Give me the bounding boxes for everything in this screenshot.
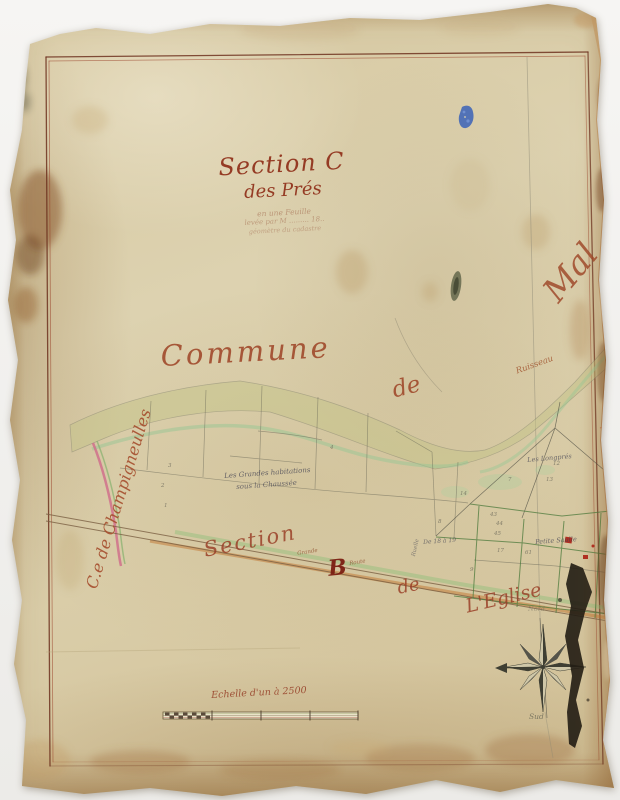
map-sheet-wrap: Section C des Prés en une Feuille levée … (0, 0, 620, 800)
label-scale: Echelle d'un à 2500 (211, 686, 307, 700)
parcel-number: 4 (330, 446, 334, 452)
parcel-number: 9 (470, 568, 474, 574)
map-sheet: Section C des Prés en une Feuille levée … (0, 0, 620, 800)
label-section-letter-b: B (327, 556, 348, 580)
parcel-number: 3 (168, 464, 172, 470)
parcel-number: 61 (525, 551, 532, 557)
parcel-number: 12 (553, 462, 560, 468)
parcel-number: 2 (161, 484, 165, 490)
parcel-number: 8 (438, 520, 442, 526)
parcel-number: 1 (164, 504, 168, 510)
label-ruisseau: Ruisseau (515, 355, 554, 376)
label-de-1: de (390, 373, 423, 402)
parcel-number: 17 (497, 549, 504, 555)
parcel-number: 43 (490, 513, 497, 519)
label-petite-saulle: Petite Saulle (535, 536, 577, 545)
map-labels-layer: CommunedeMalC.e de ChampigneullesSection… (0, 0, 620, 800)
parcel-number: 14 (460, 492, 467, 498)
label-les-longpres: Les Longprés (527, 453, 572, 463)
label-commune: Commune (160, 333, 331, 371)
label-compass-sud: Sud (529, 713, 544, 721)
parcel-number: 13 (546, 478, 553, 484)
scanned-map-page: Section C des Prés en une Feuille levée … (0, 0, 620, 800)
label-route-grande: Grande (297, 549, 318, 558)
parcel-number: 45 (494, 532, 501, 538)
label-habitations-1: Les Grandes habitations (224, 467, 311, 480)
label-compass-nord: Nord (528, 606, 545, 613)
label-de-18-a-19: De 18 à 19 (423, 538, 456, 546)
label-ruelle: Ruelle (412, 539, 421, 557)
parcel-number: 44 (496, 522, 503, 528)
label-malzeville-cut: Mal (537, 237, 603, 307)
label-commune-champigneulles: C.e de Champigneulles (84, 407, 154, 590)
label-section: Section (202, 522, 298, 561)
label-de-2: de (396, 576, 421, 598)
parcel-number: 7 (508, 478, 512, 484)
label-route-route: Route (349, 559, 366, 567)
label-habitations-2: sous la Chaussée (236, 480, 297, 491)
